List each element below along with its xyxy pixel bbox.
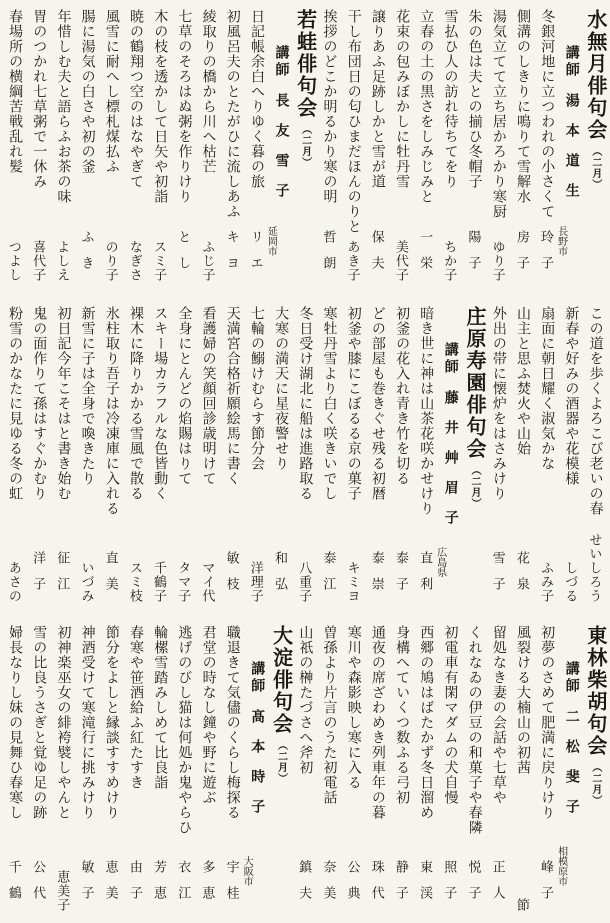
author-name: ふみ子 xyxy=(537,561,556,603)
haiku-column: 雪の比良うさぎと覚ゆ足の跡公代 xyxy=(27,625,51,914)
section-title: 水無月俳句会（二月） xyxy=(585,9,605,190)
haiku-column: 通夜の席ざわめき列車年の暮珠代 xyxy=(365,625,389,914)
haiku-column: 側溝のしきりに鳴りて雪解水房子 xyxy=(510,9,534,284)
haiku-column: 曽孫より片言のうた初電話奈美 xyxy=(317,625,341,914)
haiku-text: 初電車有閑マダムの犬自慢 xyxy=(442,625,457,805)
haiku-text: 新春や好みの酒器や花模様 xyxy=(563,306,578,486)
haiku-text: 干し布団日の匂ひまだほんのりと xyxy=(345,9,360,234)
author-name: 照子 xyxy=(440,860,459,912)
haiku-column: 新雪に子は全身で喚きたりいづみ xyxy=(75,306,99,605)
haiku-column: 初日記今年こそはと書き始む征江 xyxy=(51,306,75,605)
haiku-column: 雪払ひ人の訪れ待ちてをりちか子 xyxy=(438,9,462,284)
haiku-text: 雪の比良うさぎと覚ゆ足の跡 xyxy=(31,625,46,820)
haiku-text: 湯気立てて立ち居かろかり寒厨 xyxy=(490,9,505,219)
author-name: 一栄 xyxy=(416,230,435,282)
haiku-column: 暁の鶴翔つ空のはなやぎてなぎさ xyxy=(123,9,147,284)
lecturer-label: 講師 xyxy=(561,45,581,79)
lecturer-label: 講師 xyxy=(246,661,266,695)
haiku-column: 腸に湯気の白さや初の釜ふき xyxy=(75,9,99,284)
haiku-column: 朱の色は夫との揃ひ冬帽子陽子 xyxy=(462,9,486,284)
haiku-text: 職退きて気儘のくらし梅探る xyxy=(224,625,239,820)
author-name: 直利 xyxy=(416,551,435,603)
author-name: とし xyxy=(174,230,193,282)
haiku-text: 全身にとんどの焰賜はりて xyxy=(176,306,191,486)
author-name: 峰子 xyxy=(537,860,556,912)
haiku-column: 風裂ける大楠山の初茜節 xyxy=(510,625,534,914)
author-name: いづみ xyxy=(77,561,96,603)
haiku-text: 粉雪のかなたに見ゆる冬の虹 xyxy=(7,306,22,501)
haiku-text: 西郷の鳩はばたかず冬日溜め xyxy=(418,625,433,820)
haiku-column: 職退きて気儘のくらし梅探る宇桂 xyxy=(220,625,244,914)
haiku-text: 初釜や膝にこぼるる京の菓子 xyxy=(345,306,360,501)
haiku-text: 綾取りの橋から川へ枯芒 xyxy=(200,9,215,174)
author-name: よしえ xyxy=(53,240,72,282)
author-name: つよし xyxy=(5,240,24,282)
haiku-column: 全身にとんどの焰賜はりてタマ子 xyxy=(172,306,196,605)
haiku-column: 胃のつかれ七草粥で一休み喜代子 xyxy=(27,9,51,284)
haiku-column: 風雪に耐へし標札煤払ふのり子 xyxy=(99,9,123,284)
section-header: 水無月俳句会（二月） xyxy=(583,9,607,284)
haiku-column: 冬日受け湖北に船は進路取る八重子 xyxy=(293,306,317,605)
haiku-column: 看護婦の笑顔回診歳明けてマイ代 xyxy=(196,306,220,605)
section-header: 東林柴胡句会（二月） xyxy=(583,625,607,914)
author-name: あさの xyxy=(5,561,24,603)
haiku-text: 風裂ける大楠山の初茜 xyxy=(515,625,530,775)
haiku-text: 神酒受けて寒滝行に挑みけり xyxy=(79,625,94,820)
haiku-column: 日記帳余白へりゆく暮の旅リエ xyxy=(244,9,268,284)
author-name: 洋子 xyxy=(29,551,48,603)
author-name: しづる xyxy=(561,561,580,603)
haiku-column: 初風呂夫のとたがひに流しあふキヨ xyxy=(220,9,244,284)
author-name: 芳恵 xyxy=(150,860,169,912)
haiku-text: 外出の帯に懐炉をはさみけり xyxy=(490,306,505,501)
author-name: 和弘 xyxy=(271,551,290,603)
haiku-text: 年惜しむ夫と語らふお茶の味 xyxy=(55,9,70,204)
haiku-column: くれなゐの伊豆の和菓子や春隣悦子 xyxy=(462,625,486,914)
haiku-column: 花束の包みぼかしに牡丹雪美代子 xyxy=(389,9,413,284)
haiku-text: 初風呂夫のとたがひに流しあふ xyxy=(224,9,239,219)
haiku-text: 輪樏雪踏みしめて比良詣 xyxy=(152,625,167,790)
author-name: スミ枝 xyxy=(126,561,145,603)
author-name: キミヨ xyxy=(344,561,363,603)
section-title: 大淀俳句会（二月） xyxy=(270,625,290,784)
author-name: なぎさ xyxy=(126,240,145,282)
haiku-column: 外出の帯に懐炉をはさみけり雪子 xyxy=(486,306,510,605)
haiku-column: 氷柱取り吾子は冷凍庫に入れる直美 xyxy=(99,306,123,605)
haiku-text: 大寒の満天に星夜警せり xyxy=(273,306,288,471)
author-name: 東渓 xyxy=(416,860,435,912)
haiku-text: 暗き世に神は山茶花咲かせけり xyxy=(418,306,433,516)
haiku-text: 節分をよしと縁談すすめけり xyxy=(103,625,118,820)
author-name: のり子 xyxy=(102,240,121,282)
author-name: 八重子 xyxy=(295,561,314,603)
haiku-text: 七輪の鰯けむらす節分会 xyxy=(249,306,264,471)
haiku-column: スキー場カラフルな色皆動く千鶴子 xyxy=(147,306,171,605)
section-title: 若蛙俳句会（二月） xyxy=(295,9,315,168)
author-name: 奈美 xyxy=(319,860,338,912)
lecturer-label: 講師 xyxy=(270,45,290,79)
author-name: 鎮夫 xyxy=(295,860,314,912)
haiku-column: 新春や好みの酒器や花模様しづる xyxy=(559,306,583,605)
haiku-column: 扇面に朝日耀く淑気かなふみ子 xyxy=(534,306,558,605)
author-name: 正人 xyxy=(489,860,508,912)
author-name: 公代 xyxy=(29,860,48,912)
month-label: （二月） xyxy=(590,762,601,806)
author-name: 千鶴子 xyxy=(150,561,169,603)
author-name: 直美 xyxy=(102,551,121,603)
haiku-column: 裸木に降りかかる雪風で散るスミ枝 xyxy=(123,306,147,605)
haiku-text: 看護婦の笑顔回診歳明けて xyxy=(200,306,215,486)
haiku-column: 君堂の時なし鐘や野に遊ぶ多恵 xyxy=(196,625,220,914)
haiku-text: この道を歩くよろこび老いの春 xyxy=(587,306,602,516)
haiku-text: 逃げのびし猫は何処か鬼やらひ xyxy=(176,625,191,835)
haiku-text: スキー場カラフルな色皆動く xyxy=(152,306,167,501)
author-name: せいしろう xyxy=(585,533,604,603)
author-name: 房子 xyxy=(513,230,532,282)
haiku-text: 新雪に子は全身で喚きたり xyxy=(79,306,94,486)
haiku-text: 立春の土の黒さをしみじみと xyxy=(418,9,433,204)
haiku-text: 日記帳余白へりゆく暮の旅 xyxy=(249,9,264,189)
lecturer-name: 湯本道生 xyxy=(561,93,581,213)
haiku-text: 胃のつかれ七草粥で一休み xyxy=(31,9,46,189)
haiku-column: 春寒や笹酒給ふ紅たすき由子 xyxy=(123,625,147,914)
haiku-column: どの部屋も巻きぐせ残る初暦泰崇 xyxy=(365,306,389,605)
author-name: 喜代子 xyxy=(29,240,48,282)
haiku-magazine-page: 水無月俳句会（二月）講師湯本道生長野市冬銀河地に立つわれの小さくて玲子側溝のしき… xyxy=(0,0,610,923)
haiku-text: 山祇の榊たづさへ斧初 xyxy=(297,625,312,775)
haiku-text: 側溝のしきりに鳴りて雪解水 xyxy=(515,9,530,204)
author-name: 悦子 xyxy=(464,860,483,912)
author-name: 玲子 xyxy=(537,230,556,282)
text-band: 水無月俳句会（二月）講師湯本道生長野市冬銀河地に立つわれの小さくて玲子側溝のしき… xyxy=(0,1,610,294)
month-label: （二月） xyxy=(275,740,286,784)
haiku-column: 干し布団日の匂ひまだほんのりとあき子 xyxy=(341,9,365,284)
lecturer-line: 講師二松斐子相模原市 xyxy=(559,625,583,914)
lecturer-line: 講師髙本時子大阪市 xyxy=(244,625,268,914)
author-name: 泰崇 xyxy=(368,551,387,603)
haiku-text: 木の枝を透かして日矢や初詣 xyxy=(152,9,167,204)
author-name: 哲朗 xyxy=(319,230,338,282)
haiku-text: 暁の鶴翔つ空のはなやぎて xyxy=(128,9,143,189)
author-name: 衣江 xyxy=(174,860,193,912)
author-name: 敏子 xyxy=(77,860,96,912)
haiku-text: 七草のそろはぬ粥を作りけり xyxy=(176,9,191,204)
haiku-text: 寒川や森影映し寒に入る xyxy=(345,625,360,790)
haiku-column: 節分をよしと縁談すすめけり恵美 xyxy=(99,625,123,914)
haiku-column: 年惜しむ夫と語らふお茶の味よしえ xyxy=(51,9,75,284)
author-name: リエ xyxy=(247,230,266,282)
author-name: 美代子 xyxy=(392,240,411,282)
haiku-column: 初電車有閑マダムの犬自慢照子 xyxy=(438,625,462,914)
haiku-text: 身構へていくつ数ふる弓初 xyxy=(394,625,409,805)
lecturer-label: 講師 xyxy=(561,661,581,695)
haiku-text: 腸に湯気の白さや初の釜 xyxy=(79,9,94,174)
author-name: ふき xyxy=(77,230,96,282)
haiku-column: 寒川や森影映し寒に入る公典 xyxy=(341,625,365,914)
haiku-text: 花束の包みぼかしに牡丹雪 xyxy=(394,9,409,189)
haiku-text: 冬銀河地に立つわれの小さくて xyxy=(539,9,554,219)
author-name: 珠代 xyxy=(368,860,387,912)
haiku-column: 鬼の面作りて孫はすぐかむり洋子 xyxy=(27,306,51,605)
haiku-text: 譲りあふ足跡しかと雪が道 xyxy=(370,9,385,189)
haiku-text: 雪払ひ人の訪れ待ちてをり xyxy=(442,9,457,189)
month-label: （二月） xyxy=(590,146,601,190)
haiku-column: 挨拶のどこか明るかり寒の明哲朗 xyxy=(317,9,341,284)
haiku-column: 逃げのびし猫は何処か鬼やらひ衣江 xyxy=(172,625,196,914)
author-name: 花泉 xyxy=(513,551,532,603)
lecturer-name: 藤井艸眉子 xyxy=(440,390,460,540)
haiku-column: 綾取りの橋から川へ枯芒ふじ子 xyxy=(196,9,220,284)
haiku-column: 初夢のさめて肥満に戻りけり峰子 xyxy=(534,625,558,914)
haiku-text: 挨拶のどこか明るかり寒の明 xyxy=(321,9,336,204)
lecturer-name: 二松斐子 xyxy=(561,709,581,829)
haiku-text: 鬼の面作りて孫はすぐかむり xyxy=(31,306,46,501)
author-name: 節 xyxy=(513,898,532,912)
haiku-column: 山主と思ふ焚火や山始花泉 xyxy=(510,306,534,605)
haiku-column: 譲りあふ足跡しかと雪が道保夫 xyxy=(365,9,389,284)
haiku-text: 初神楽巫女の緋袴襞しやんと xyxy=(55,625,70,820)
haiku-column: 天満宮合格祈願絵馬に書く敏枝 xyxy=(220,306,244,605)
haiku-column: 初釜や膝にこぼるる京の菓子キミヨ xyxy=(341,306,365,605)
haiku-text: 君堂の時なし鐘や野に遊ぶ xyxy=(200,625,215,805)
month-label: （二月） xyxy=(300,124,311,168)
haiku-column: 大寒の満天に星夜警せり和弘 xyxy=(268,306,292,605)
month-label: （二月） xyxy=(469,465,480,509)
haiku-text: 春寒や笹酒給ふ紅たすき xyxy=(128,625,143,790)
haiku-column: 立春の土の黒さをしみじみと一栄 xyxy=(414,9,438,284)
haiku-column: 初釜の花入れ青き竹を切る泰子 xyxy=(389,306,413,605)
haiku-text: 留処なき妻の会話や七草や xyxy=(490,625,505,805)
author-name: 由子 xyxy=(126,860,145,912)
haiku-column: 山祇の榊たづさへ斧初鎮夫 xyxy=(293,625,317,914)
author-name: 宇桂 xyxy=(223,860,242,912)
haiku-text: 風雪に耐へし標札煤払ふ xyxy=(103,9,118,174)
author-name: あき子 xyxy=(344,240,363,282)
haiku-text: どの部屋も巻きぐせ残る初暦 xyxy=(370,306,385,501)
author-name: 恵美 xyxy=(102,860,121,912)
lecturer-line: 講師長友雪子延岡市 xyxy=(268,9,292,284)
haiku-text: くれなゐの伊豆の和菓子や春隣 xyxy=(466,625,481,835)
section-header: 庄原寿園俳句会（二月） xyxy=(462,306,486,605)
haiku-text: 冬日受け湖北に船は進路取る xyxy=(297,306,312,501)
haiku-column: 身構へていくつ数ふる弓初静子 xyxy=(389,625,413,914)
lecturer-name: 長友雪子 xyxy=(270,93,290,213)
haiku-column: 留処なき妻の会話や七草や正人 xyxy=(486,625,510,914)
author-name: ふじ子 xyxy=(198,240,217,282)
author-name: ちか子 xyxy=(440,240,459,282)
author-name: 静子 xyxy=(392,860,411,912)
author-name: 泰子 xyxy=(392,551,411,603)
haiku-text: 通夜の席ざわめき列車年の暮 xyxy=(370,625,385,820)
author-name: 多恵 xyxy=(198,860,217,912)
haiku-column: 西郷の鳩はばたかず冬日溜め東渓 xyxy=(414,625,438,914)
author-name: 泰江 xyxy=(319,551,338,603)
author-name: 公典 xyxy=(344,860,363,912)
haiku-column: 輪樏雪踏みしめて比良詣芳恵 xyxy=(147,625,171,914)
author-name: 千鶴 xyxy=(5,860,24,912)
text-band: 東林柴胡句会（二月）講師二松斐子相模原市初夢のさめて肥満に戻りけり峰子風裂ける大… xyxy=(0,615,610,923)
section-title: 庄原寿園俳句会（二月） xyxy=(464,306,484,509)
haiku-column: 初神楽巫女の緋袴襞しやんと恵美子 xyxy=(51,625,75,914)
author-name: 恵美子 xyxy=(53,870,72,912)
author-name: 陽子 xyxy=(464,230,483,282)
author-name: マイ代 xyxy=(198,561,217,603)
haiku-column: この道を歩くよろこび老いの春せいしろう xyxy=(583,306,607,605)
haiku-column: 神酒受けて寒滝行に挑みけり敏子 xyxy=(75,625,99,914)
haiku-text: 初日記今年こそはと書き始む xyxy=(55,306,70,501)
author-name: タマ子 xyxy=(174,561,193,603)
haiku-column: 婦長なりし妹の見舞ひ春寒し千鶴 xyxy=(2,625,26,914)
lecturer-name: 髙本時子 xyxy=(246,709,266,829)
lecturer-line: 講師湯本道生長野市 xyxy=(559,9,583,284)
haiku-text: 山主と思ふ焚火や山始 xyxy=(515,306,530,456)
haiku-text: 氷柱取り吾子は冷凍庫に入れる xyxy=(103,306,118,516)
text-band: この道を歩くよろこび老いの春せいしろう新春や好みの酒器や花模様しづる扇面に朝日耀… xyxy=(0,294,610,615)
haiku-text: 曽孫より片言のうた初電話 xyxy=(321,625,336,805)
author-name: 敏枝 xyxy=(223,551,242,603)
author-name: 雪子 xyxy=(489,551,508,603)
haiku-column: 七輪の鰯けむらす節分会洋理子 xyxy=(244,306,268,605)
haiku-text: 初釜の花入れ青き竹を切る xyxy=(394,306,409,486)
section-title: 東林柴胡句会（二月） xyxy=(585,625,605,806)
haiku-text: 寒牡丹雪より白く咲きいでし xyxy=(321,306,336,501)
author-name: 征江 xyxy=(53,551,72,603)
haiku-column: 粉雪のかなたに見ゆる冬の虹あさの xyxy=(2,306,26,605)
lecturer-line: 講師藤井艸眉子広島県 xyxy=(438,306,462,605)
author-name: 洋理子 xyxy=(247,561,266,603)
author-name: ゆり子 xyxy=(489,240,508,282)
haiku-text: 天満宮合格祈願絵馬に書く xyxy=(224,306,239,486)
author-name: 保夫 xyxy=(368,230,387,282)
section-header: 若蛙俳句会（二月） xyxy=(293,9,317,284)
author-name: スミ子 xyxy=(150,240,169,282)
haiku-text: 裸木に降りかかる雪風で散る xyxy=(128,306,143,501)
author-name: キヨ xyxy=(223,230,242,282)
section-header: 大淀俳句会（二月） xyxy=(268,625,292,914)
haiku-column: 七草のそろはぬ粥を作りけりとし xyxy=(172,9,196,284)
haiku-text: 婦長なりし妹の見舞ひ春寒し xyxy=(7,625,22,820)
haiku-column: 春場所の横綱苦戦乱れ髪つよし xyxy=(2,9,26,284)
lecturer-label: 講師 xyxy=(440,342,460,376)
haiku-column: 暗き世に神は山茶花咲かせけり直利 xyxy=(414,306,438,605)
haiku-text: 朱の色は夫との揃ひ冬帽子 xyxy=(466,9,481,189)
haiku-text: 扇面に朝日耀く淑気かな xyxy=(539,306,554,471)
haiku-column: 木の枝を透かして日矢や初詣スミ子 xyxy=(147,9,171,284)
haiku-column: 湯気立てて立ち居かろかり寒厨ゆり子 xyxy=(486,9,510,284)
haiku-column: 冬銀河地に立つわれの小さくて玲子 xyxy=(534,9,558,284)
haiku-text: 春場所の横綱苦戦乱れ髪 xyxy=(7,9,22,174)
haiku-text: 初夢のさめて肥満に戻りけり xyxy=(539,625,554,820)
haiku-column: 寒牡丹雪より白く咲きいでし泰江 xyxy=(317,306,341,605)
